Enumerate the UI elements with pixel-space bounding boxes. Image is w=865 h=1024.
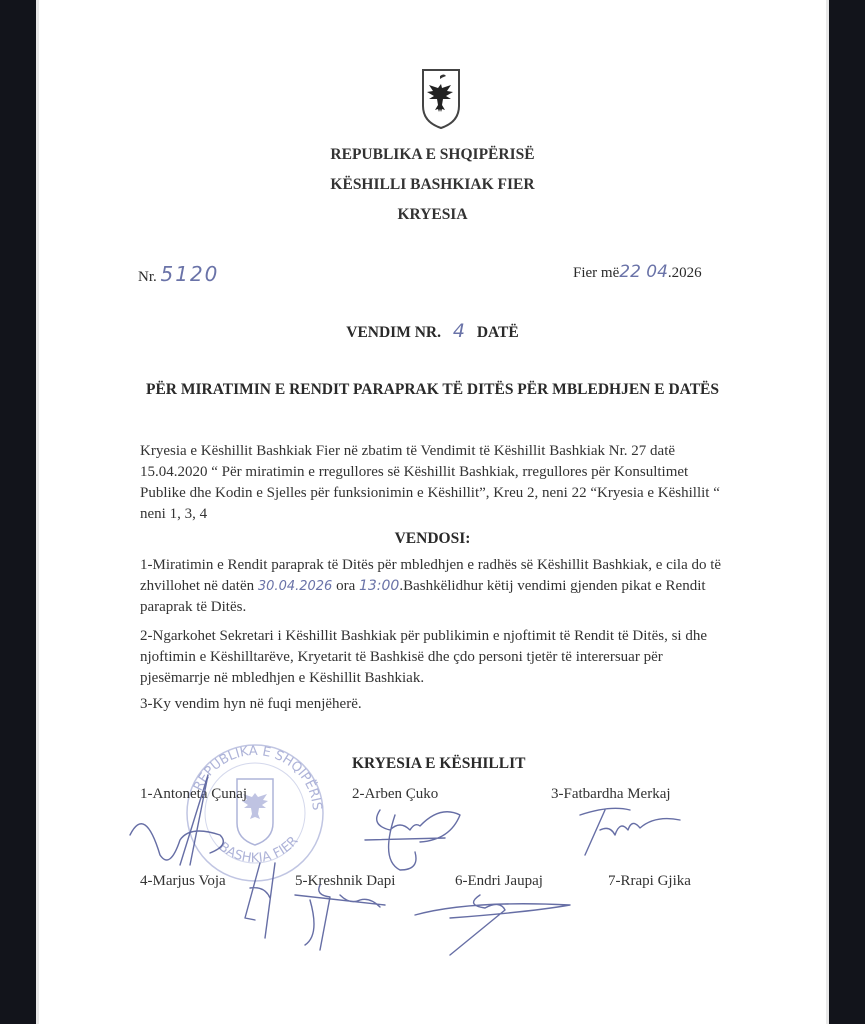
nr-value-handwritten: 5120: [161, 262, 220, 286]
nr-label: Nr.: [138, 269, 157, 285]
point-1-text: .Bashkëlidhur këtij vendimi gjenden pika…: [399, 578, 705, 594]
preamble-line: Kryesia e Këshillit Bashkiak Fier në zba…: [140, 441, 760, 462]
preamble-paragraph: Kryesia e Këshillit Bashkiak Fier në zba…: [140, 441, 760, 525]
preamble-line: 15.04.2020 “ Për miratimin e rregullores…: [140, 462, 760, 483]
meeting-date-handwritten: 30.04.2026: [258, 579, 332, 594]
document-date: Fier më22 04.2026: [573, 262, 702, 282]
point-2-line: 2-Ngarkohet Sekretari i Këshillit Bashki…: [140, 626, 780, 647]
signatures-heading: KRYESIA E KËSHILLIT: [352, 755, 525, 773]
signatory-7: 7-Rrapi Gjika: [608, 873, 691, 890]
decision-title: VENDIM NR. 4 DATË: [0, 320, 865, 342]
signature-4-icon: [220, 858, 300, 948]
point-2: 2-Ngarkohet Sekretari i Këshillit Bashki…: [140, 626, 780, 689]
date-handwritten: 22 04: [619, 262, 668, 282]
point-1-text: ora: [336, 578, 355, 594]
decision-title-suffix: DATË: [477, 324, 519, 341]
decision-subject: PËR MIRATIMIN E RENDIT PARAPRAK TË DITËS…: [0, 381, 865, 399]
point-2-line: pjesëmarrje në mbledhjen e Këshillit Bas…: [140, 668, 780, 689]
signature-2-icon: [360, 800, 480, 875]
point-1-line: zhvillohet në datën 30.04.2026 ora 13:00…: [140, 576, 780, 597]
date-year: .2026: [668, 265, 702, 281]
point-3: 3-Ky vendim hyn në fuqi menjëherë.: [140, 694, 362, 715]
point-1-text: zhvillohet në datën: [140, 578, 254, 594]
header-council: KËSHILLI BASHKIAK FIER: [0, 176, 865, 194]
decision-number-handwritten: 4: [453, 320, 465, 342]
place-label: Fier më: [573, 265, 619, 281]
signatory-4: 4-Marjus Voja: [140, 873, 226, 890]
header-republic: REPUBLIKA E SHQIPËRISË: [0, 146, 865, 164]
point-1-line: paraprak të Ditës.: [140, 597, 780, 618]
decision-title-prefix: VENDIM NR.: [346, 324, 441, 341]
preamble-line: Publike dhe Kodin e Sjelles për funksion…: [140, 483, 760, 504]
signatory-6: 6-Endri Jaupaj: [455, 873, 543, 890]
meeting-time-handwritten: 13:00: [359, 578, 399, 594]
vendosi-heading: VENDOSI:: [0, 530, 865, 548]
signature-3-icon: [570, 800, 690, 860]
signature-5-icon: [290, 885, 400, 955]
albanian-coat-of-arms-icon: [420, 66, 462, 130]
preamble-line: neni 1, 3, 4: [140, 504, 760, 525]
point-2-line: njoftimin e Këshilltarëve, Kryetarit të …: [140, 647, 780, 668]
point-1-line: 1-Miratimin e Rendit paraprak të Ditës p…: [140, 555, 780, 576]
protocol-number: Nr. 5120: [138, 262, 219, 286]
signature-6-icon: [410, 890, 580, 960]
point-1: 1-Miratimin e Rendit paraprak të Ditës p…: [140, 555, 780, 618]
header-presidency: KRYESIA: [0, 206, 865, 224]
